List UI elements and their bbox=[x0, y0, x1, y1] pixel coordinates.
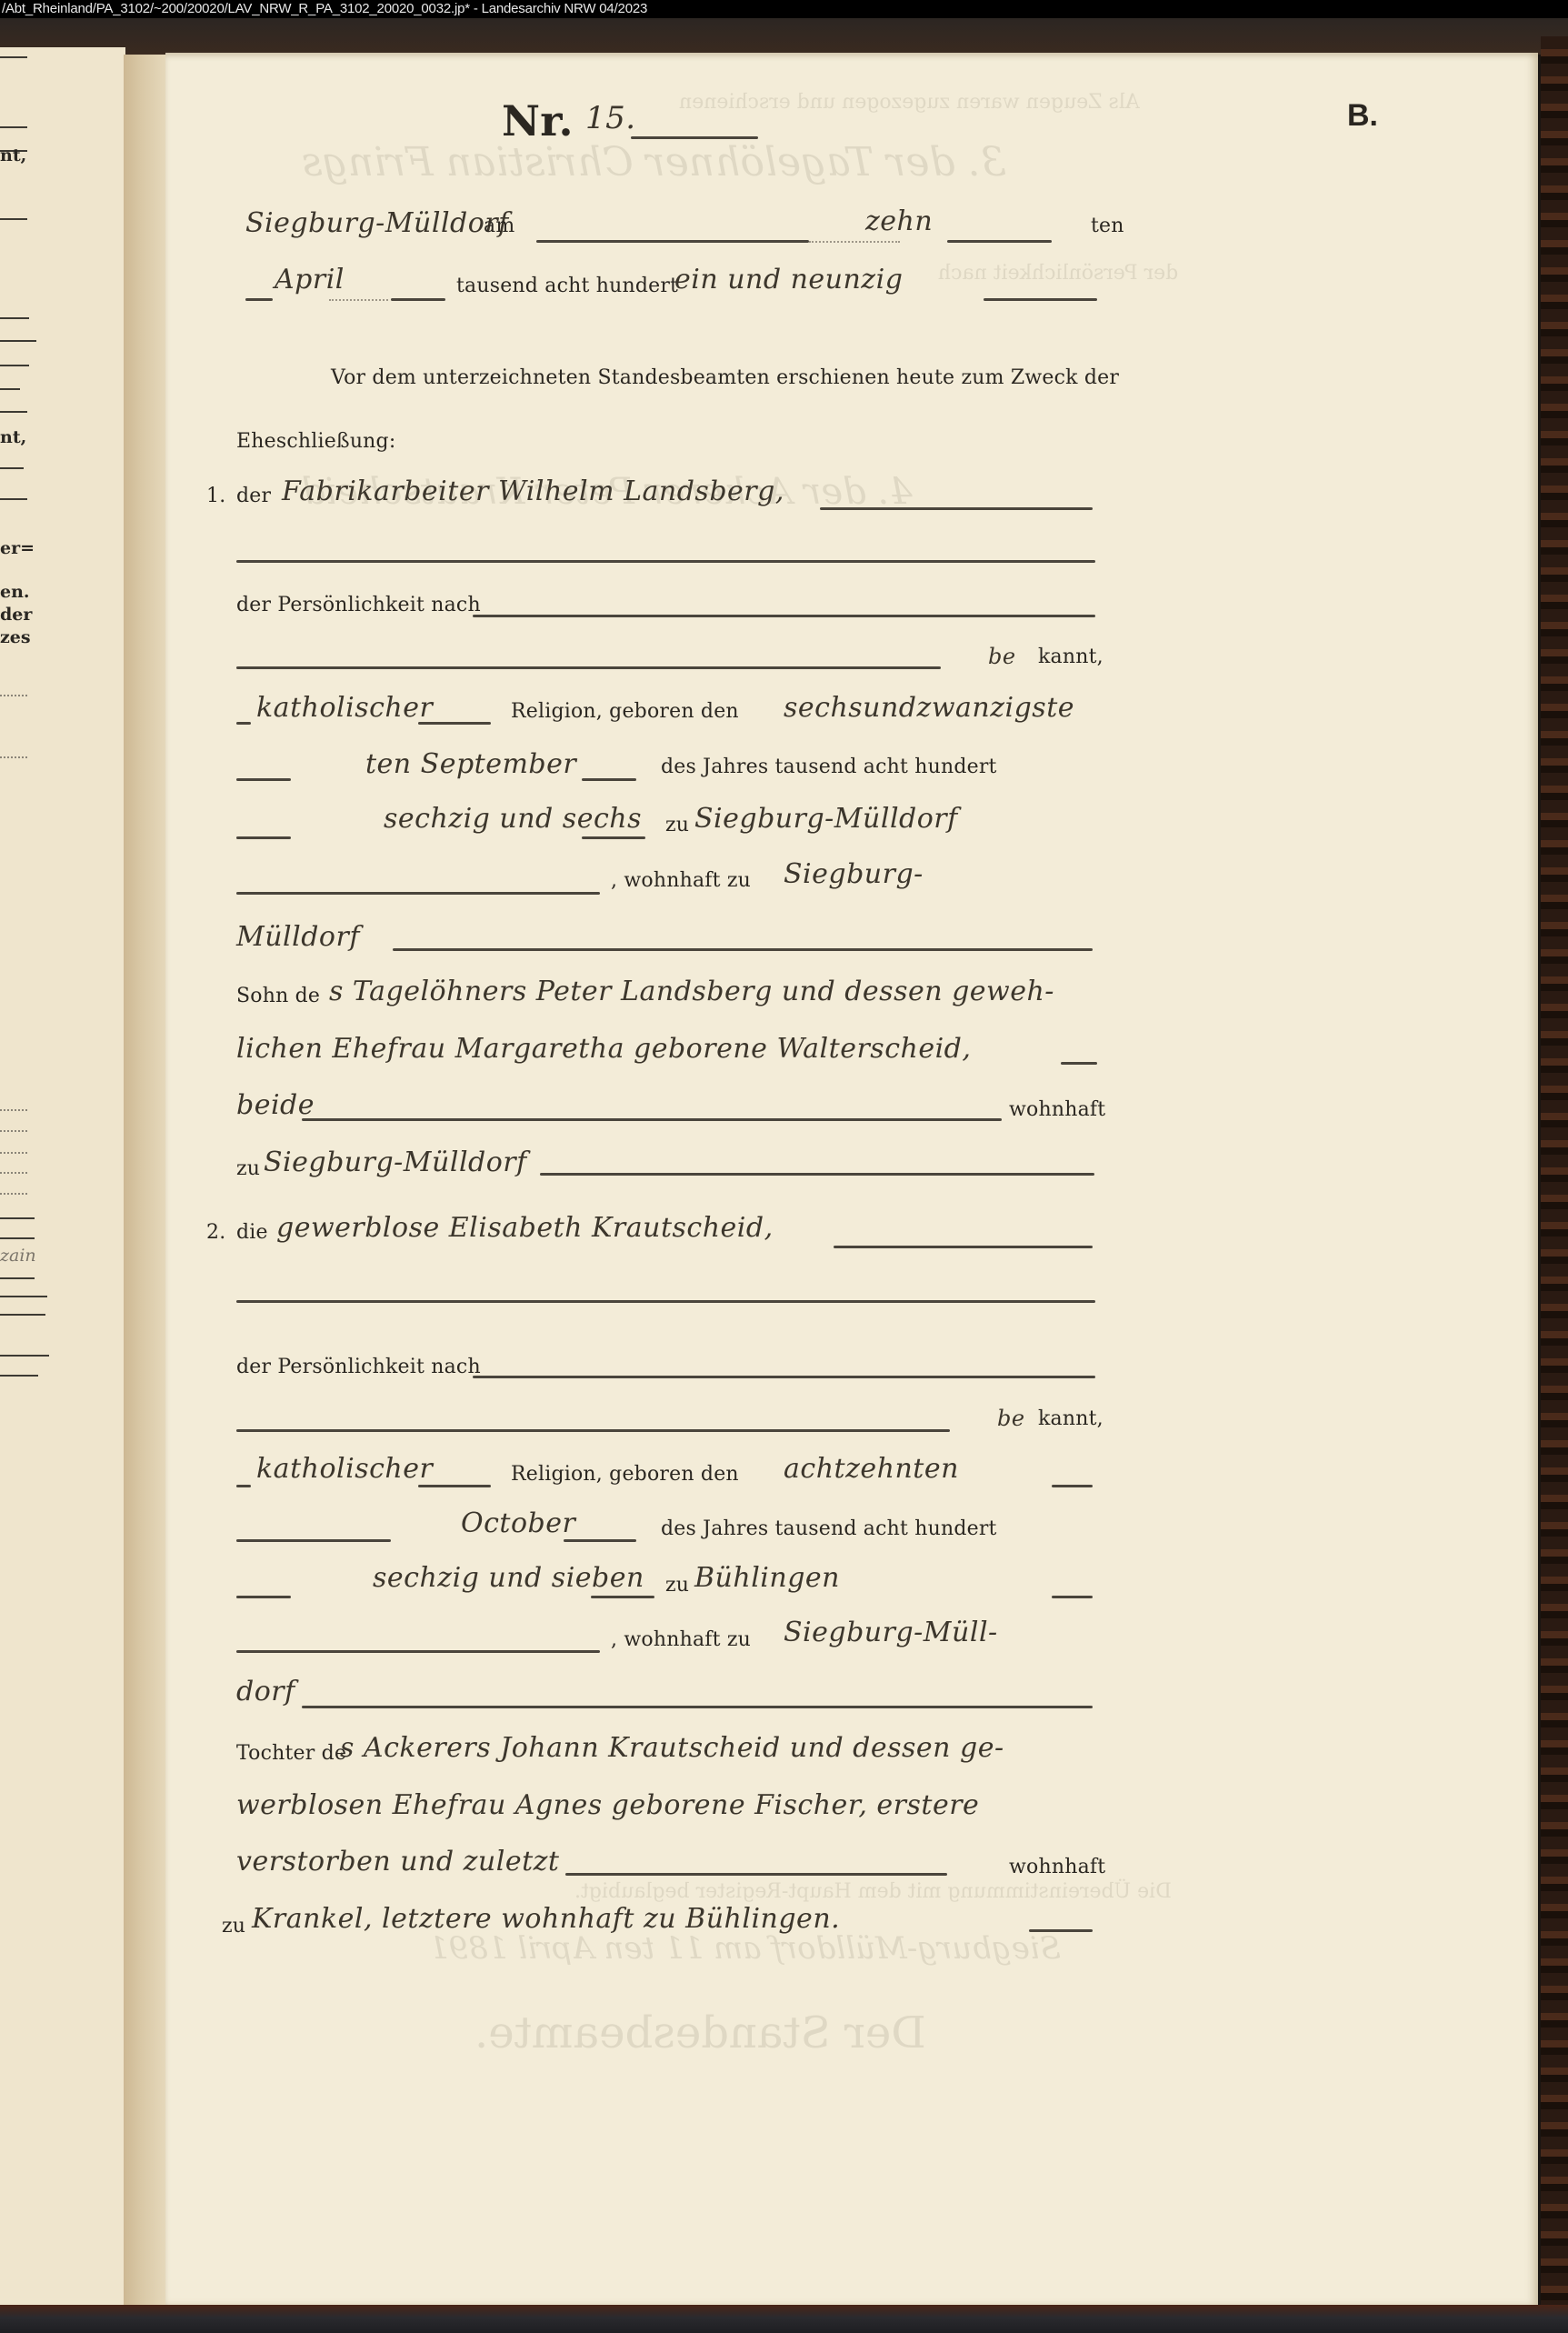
book-binding-right bbox=[1541, 36, 1568, 2328]
registration-month: April bbox=[275, 264, 345, 295]
bride-birth-year: sechzig und sieben bbox=[373, 1562, 644, 1594]
left-fragment: nt, bbox=[0, 427, 26, 447]
book-gutter bbox=[124, 55, 167, 2305]
bride-parents-residence-label: wohnhaft bbox=[1009, 1856, 1105, 1878]
bride-known-suffix: kannt, bbox=[1038, 1407, 1104, 1430]
registration-year-words: ein und neunzig bbox=[674, 264, 903, 295]
bleed-through-text: Siegburg-Mülldorf am 11 ten April 1891 bbox=[429, 1930, 1061, 1967]
bride-identity-label: der Persönlichkeit nach bbox=[236, 1356, 481, 1378]
groom-parents-3: beide bbox=[236, 1089, 315, 1121]
bride-religion-label: Religion, geboren den bbox=[511, 1463, 739, 1486]
groom-residence-cont: Mülldorf bbox=[236, 921, 360, 953]
registration-place: Siegburg-Mülldorf bbox=[245, 207, 509, 239]
bleed-through-text: Der Standesbeamte. bbox=[474, 2008, 926, 2058]
registration-day: zehn bbox=[865, 205, 933, 237]
bride-birthplace-label: zu bbox=[665, 1574, 689, 1597]
left-fragment: zain bbox=[0, 1246, 36, 1266]
groom-religion-label: Religion, geboren den bbox=[511, 700, 739, 723]
bride-birth-year-label: des Jahres tausend acht hundert bbox=[661, 1517, 997, 1540]
record-number-label: Nr. bbox=[502, 96, 574, 145]
bride-birth-month: October bbox=[461, 1507, 575, 1539]
left-fragment: en. bbox=[0, 582, 30, 602]
bleed-through-text: 3. der Tagelöhner Christian Frings bbox=[302, 139, 1006, 185]
groom-known-prefix: be bbox=[988, 644, 1016, 669]
groom-birthplace-label: zu bbox=[665, 814, 689, 836]
groom-residence: Siegburg- bbox=[784, 858, 924, 890]
groom-parents-1: s Tagelöhners Peter Landsberg und dessen… bbox=[329, 976, 1054, 1007]
left-fragment: zes bbox=[0, 627, 31, 647]
am-label: am bbox=[484, 215, 514, 237]
printed-year-prefix: tausend acht hundert bbox=[456, 275, 678, 297]
bride-birth-day: achtzehnten bbox=[784, 1453, 959, 1485]
book-binding-bottom bbox=[0, 2305, 1568, 2333]
groom-number: 1. bbox=[206, 485, 225, 507]
left-page-edge: nt, nt, er= en. der zes zain bbox=[0, 47, 125, 2311]
viewer-path-bar: /Abt_Rheinland/PA_3102/~200/20020/LAV_NR… bbox=[0, 0, 1568, 18]
bride-residence: Siegburg-Müll- bbox=[784, 1617, 998, 1648]
register-page: Als Zeugen waren zugezogen und erschiene… bbox=[165, 53, 1538, 2306]
groom-article: der bbox=[236, 485, 271, 507]
groom-parents-residence-label: wohnhaft bbox=[1009, 1098, 1105, 1121]
section-letter: B. bbox=[1347, 98, 1378, 134]
bride-parents-label: Tochter de bbox=[236, 1742, 346, 1765]
bride-parents-1: s Ackerers Johann Krautscheid und dessen… bbox=[340, 1732, 1004, 1764]
bride-parents-residence: Krankel, letztere wohnhaft zu Bühlingen. bbox=[252, 1903, 840, 1935]
groom-residence-label: , wohnhaft zu bbox=[611, 869, 751, 892]
bride-parents-3: verstorben und zuletzt bbox=[236, 1846, 560, 1877]
groom-name: Fabrikarbeiter Wilhelm Landsberg, bbox=[282, 476, 784, 507]
bride-residence-label: , wohnhaft zu bbox=[611, 1628, 751, 1651]
bride-birthplace: Bühlingen bbox=[694, 1562, 840, 1594]
groom-known-suffix: kannt, bbox=[1038, 646, 1104, 668]
bleed-through-text: Die Übereinstimmung mit dem Haupt-Regist… bbox=[574, 1880, 1172, 1903]
bride-religion: katholischer bbox=[256, 1453, 433, 1485]
groom-birth-year-label: des Jahres tausend acht hundert bbox=[661, 756, 997, 778]
groom-birthplace: Siegburg-Mülldorf bbox=[694, 803, 958, 835]
bride-number: 2. bbox=[206, 1221, 225, 1244]
left-fragment: er= bbox=[0, 538, 35, 558]
groom-parents-residence: Siegburg-Mülldorf bbox=[264, 1146, 527, 1178]
groom-birth-month: ten September bbox=[365, 748, 576, 780]
ten-label: ten bbox=[1091, 215, 1124, 237]
groom-religion: katholischer bbox=[256, 692, 433, 724]
book-binding-top bbox=[0, 18, 1568, 55]
bride-residence-cont: dorf bbox=[236, 1676, 295, 1707]
left-fragment: der bbox=[0, 605, 32, 625]
bride-article: die bbox=[236, 1221, 268, 1244]
bride-parents-residence-prefix: zu bbox=[222, 1915, 245, 1937]
bleed-through-text: der Persönlichkeit nach bbox=[938, 262, 1178, 285]
bride-known-prefix: be bbox=[997, 1406, 1025, 1431]
intro-text-2: Eheschließung: bbox=[236, 430, 395, 453]
bleed-through-text: Als Zeugen waren zugezogen und erschiene… bbox=[679, 91, 1140, 114]
bride-parents-2: werblosen Ehefrau Agnes geborene Fischer… bbox=[236, 1789, 979, 1821]
groom-identity-label: der Persönlichkeit nach bbox=[236, 594, 481, 616]
left-fragment: nt, bbox=[0, 145, 26, 165]
record-number-value: 15. bbox=[585, 100, 636, 136]
intro-text: Vor dem unterzeichneten Standesbeamten e… bbox=[331, 366, 1119, 389]
bride-name: gewerblose Elisabeth Krautscheid, bbox=[276, 1212, 774, 1244]
groom-parents-2: lichen Ehefrau Margaretha geborene Walte… bbox=[236, 1033, 971, 1065]
groom-birth-year: sechzig und sechs bbox=[384, 803, 642, 835]
groom-birth-day: sechsundzwanzigste bbox=[784, 692, 1074, 724]
groom-parents-residence-prefix: zu bbox=[236, 1157, 260, 1180]
groom-parents-label: Sohn de bbox=[236, 985, 320, 1007]
